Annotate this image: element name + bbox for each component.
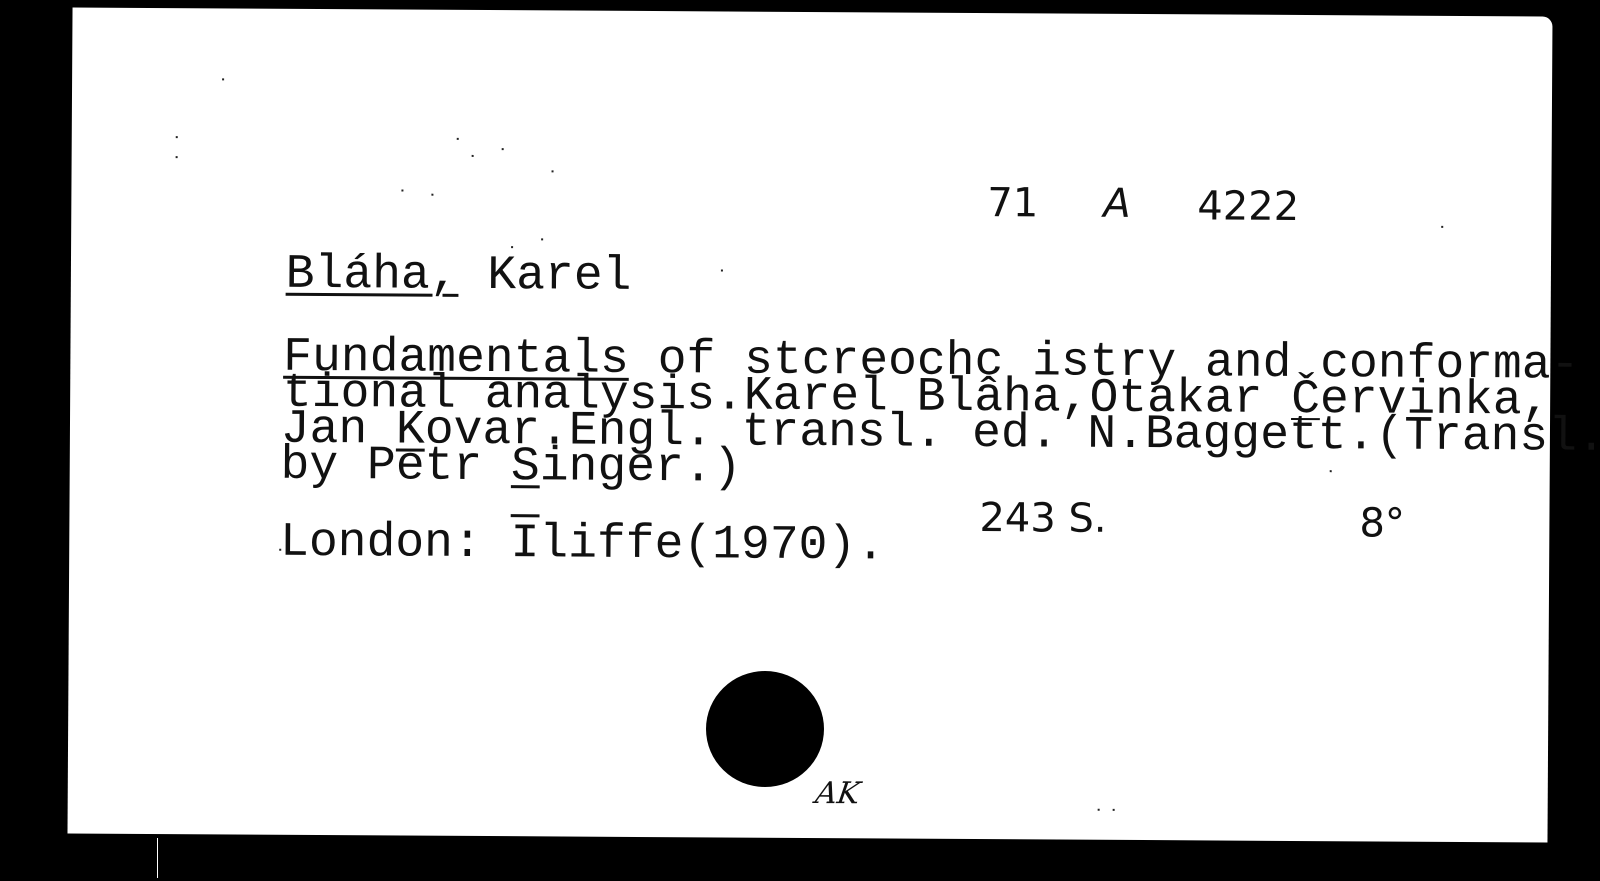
scan-speck xyxy=(222,78,224,80)
scanned-catalog-card-background: 71 A 4222 Bláha, Karel Fundamentals of s… xyxy=(0,0,1600,881)
call-number-part2: A xyxy=(1103,184,1131,224)
publisher-rest: liffe(1970). xyxy=(539,517,885,573)
scan-speck xyxy=(472,155,474,157)
scan-speck xyxy=(401,189,403,191)
call-number-part1: 71 xyxy=(987,183,1038,223)
scan-speck xyxy=(176,136,178,138)
scan-speck xyxy=(1113,809,1115,811)
handwritten-initials: AK xyxy=(813,776,862,811)
publisher-initial: I xyxy=(510,517,539,571)
scan-speck xyxy=(502,148,504,150)
scan-speck xyxy=(1441,226,1443,228)
scan-speck xyxy=(431,194,433,196)
punch-hole xyxy=(706,671,824,787)
scan-speck xyxy=(721,269,723,271)
card-edge-mark xyxy=(157,838,158,878)
scan-speck xyxy=(457,138,459,140)
call-number-part3: 4222 xyxy=(1197,186,1299,227)
scan-speck xyxy=(552,170,554,172)
page-count: 243 S. xyxy=(979,498,1106,539)
imprint-place: London: xyxy=(280,516,511,571)
imprint-line: London: Iliffe(1970). xyxy=(107,470,886,619)
book-format: 8° xyxy=(1359,503,1405,543)
scan-speck xyxy=(176,156,178,158)
scan-speck xyxy=(1098,809,1100,811)
